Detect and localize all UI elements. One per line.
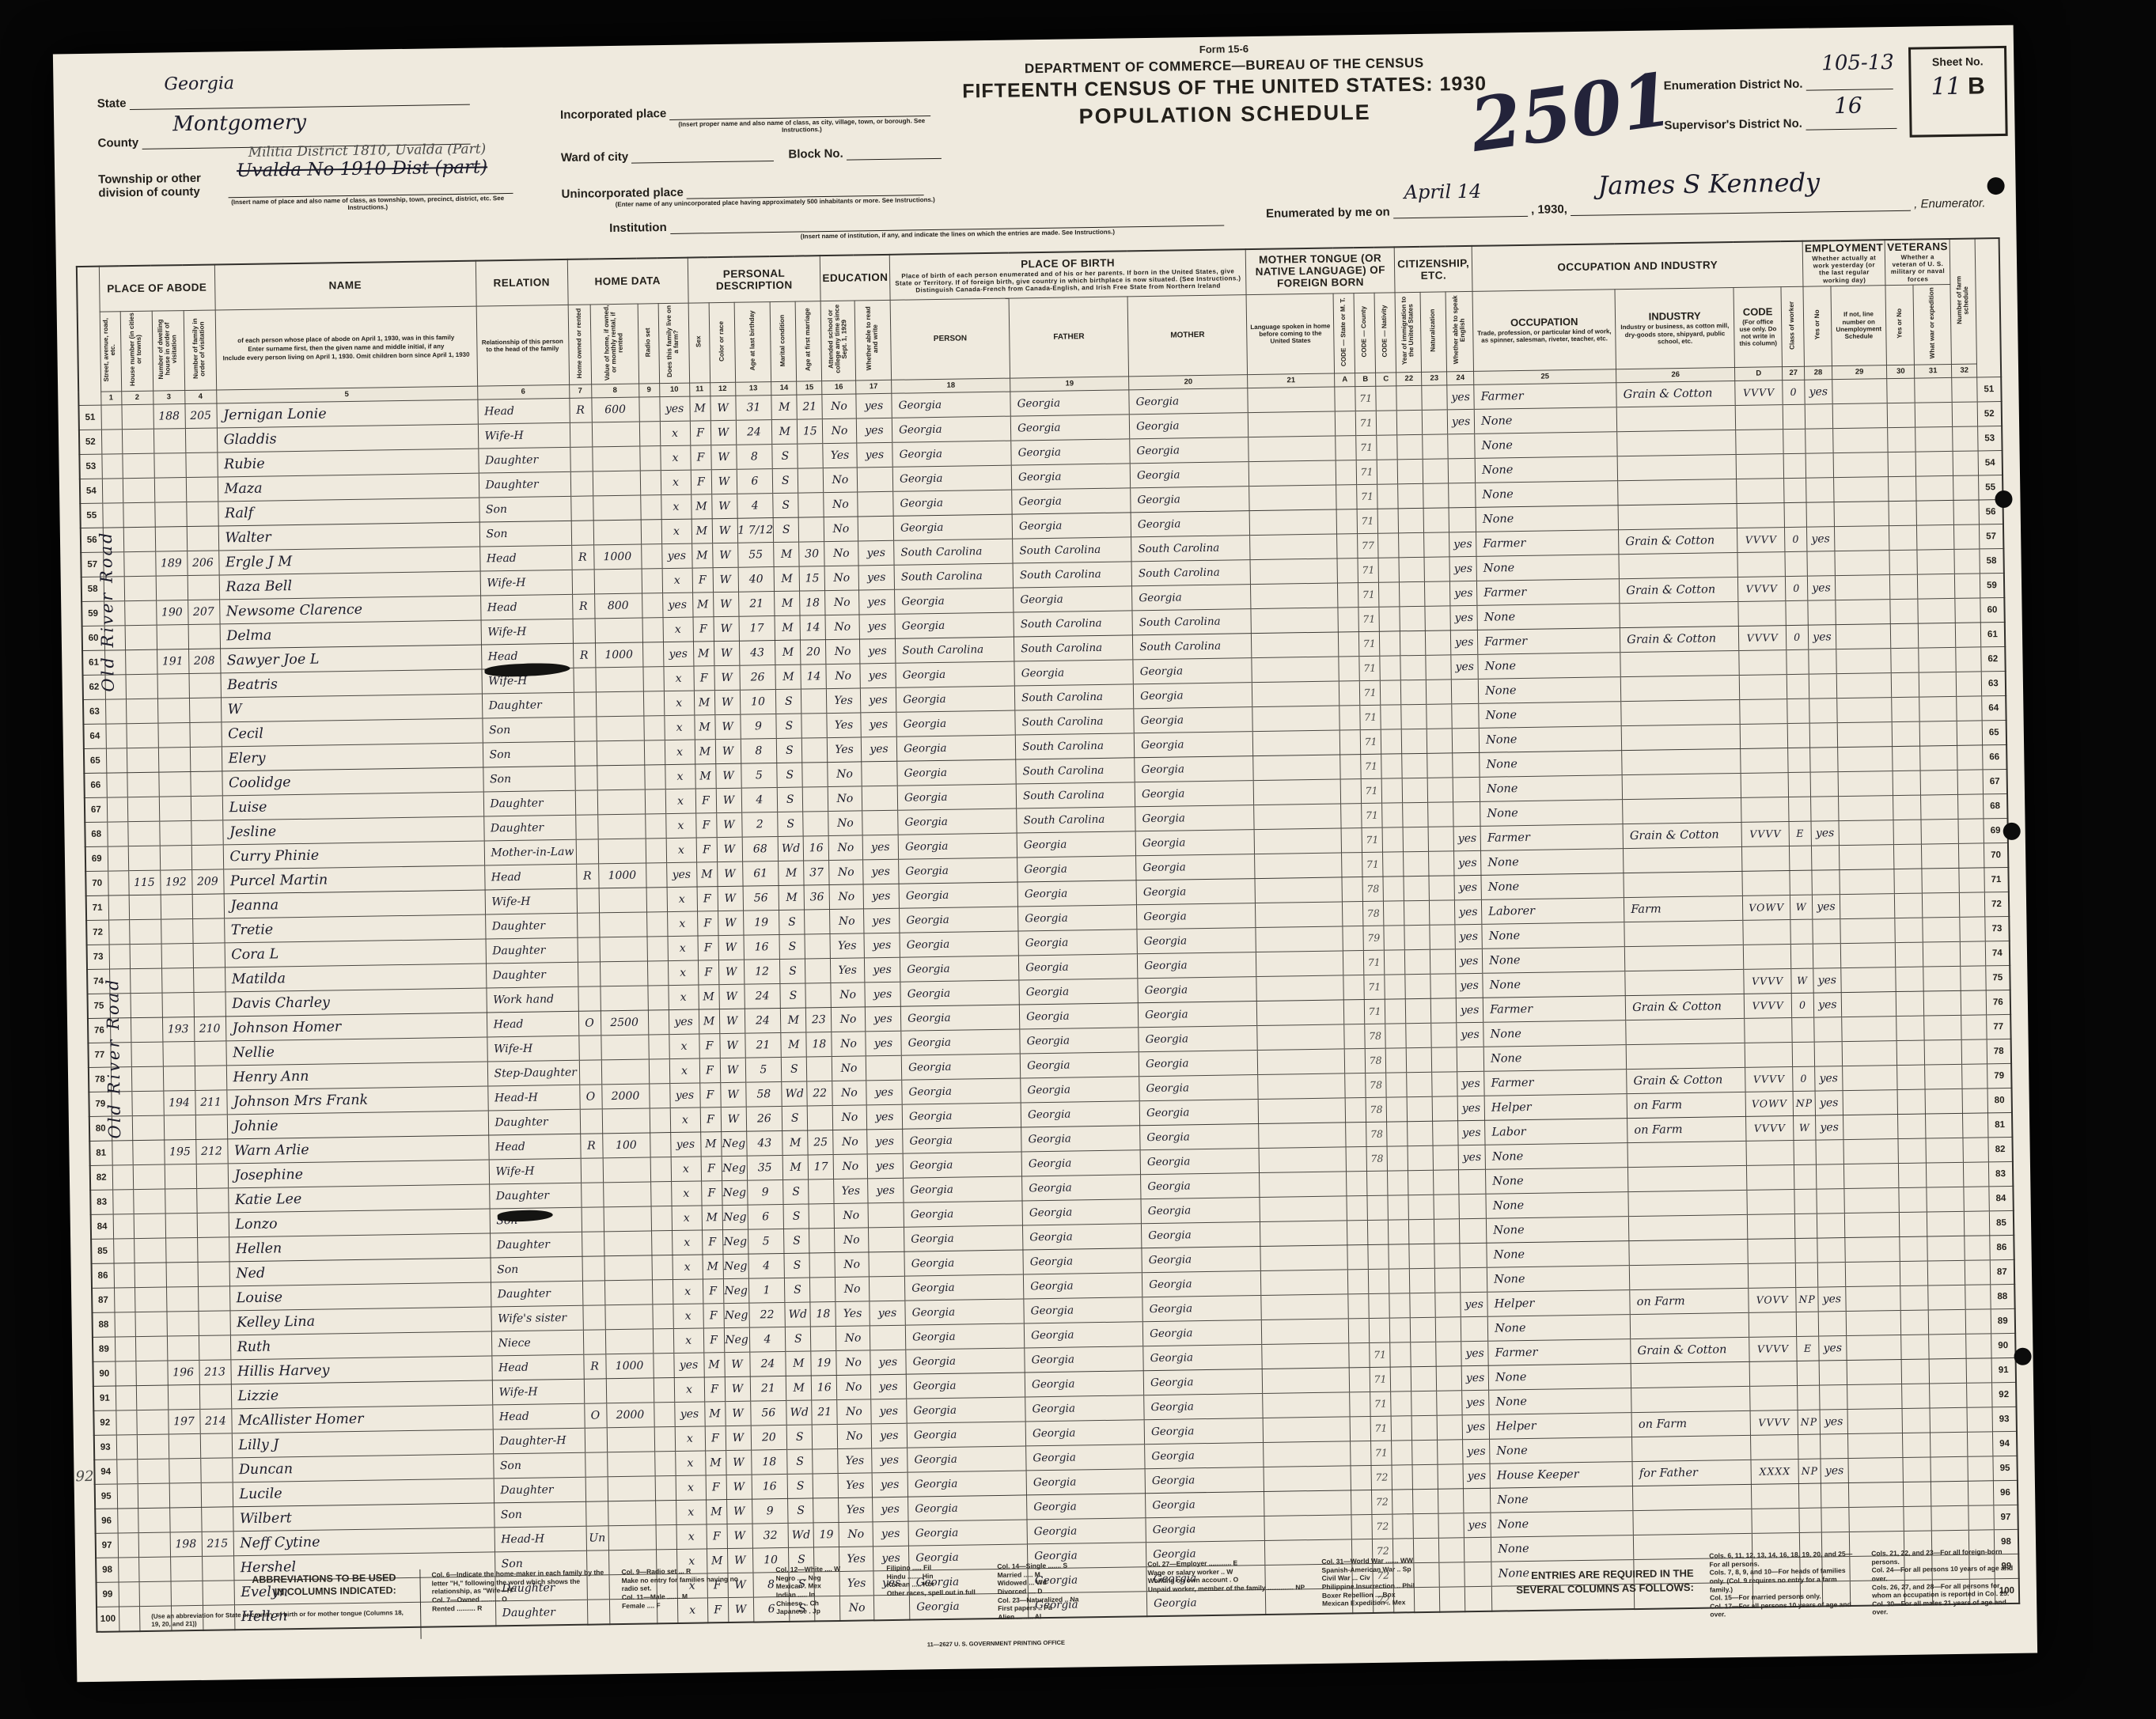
cell-war [1922,843,1960,869]
cell-cc [1389,1219,1409,1244]
cell-nat [1423,508,1449,532]
cell-sc: No [836,1350,870,1376]
cell-ind [1624,871,1742,897]
cell-fm: x [667,936,697,961]
cell-a: 31 [735,395,771,420]
cell-p3: Georgia [1135,755,1253,782]
cell-rw: yes [866,1129,903,1154]
cell-f [195,1115,227,1140]
cell-war [1915,377,1953,403]
cell-ce: yes [1456,973,1483,998]
cell-p1: Georgia [901,1054,1020,1080]
cell-r: Daughter [486,937,578,964]
cell-cw [1783,453,1806,478]
cell-ue [1840,869,1895,894]
cell-rw: yes [870,1374,907,1399]
cell-cb: 71 [1364,999,1385,1024]
cell-lang [1257,1049,1344,1075]
cell-p1: Georgia [898,833,1017,859]
cell-imm [1411,1391,1437,1415]
cell-oc: Farmer [1483,995,1625,1022]
column-header: 7 [569,384,591,398]
cell-vt [1900,1285,1928,1311]
cell-p1: Georgia [899,858,1017,884]
cell-war [1928,1285,1966,1310]
cell-rw [868,1202,904,1228]
cell-cd: XXXX [1751,1459,1798,1484]
cell-p3: Georgia [1143,1344,1262,1370]
cell-sx: F [699,1082,720,1107]
cell-fm: yes [659,396,689,422]
cell-p2: South Carolina [1017,807,1135,833]
cell-ca [1345,1097,1366,1122]
cell-sc: No [828,786,862,812]
cell-p2: South Carolina [1014,611,1132,637]
cell-fs [1968,1456,1993,1481]
cell-war [1917,574,1955,599]
cell-n: Johnson Mrs Frank [226,1086,487,1115]
cell-n: Coolidge [222,767,483,796]
cell-ue [1835,574,1890,600]
cell-fm: x [668,985,698,1010]
cell-wk [1809,722,1837,748]
cell-rad [651,1230,672,1255]
cell-a: 24 [745,1008,781,1033]
cell-p1: Georgia [899,882,1017,908]
cell-fm: x [676,1500,706,1525]
cell-nat [1433,1121,1458,1145]
cell-a: 26 [739,665,775,690]
cell-sx: M [703,1352,724,1376]
cell-ca [1337,558,1358,582]
line-number: 97 [1994,1505,2018,1529]
cell-c: Neg [722,1254,748,1278]
cell-c: W [718,984,744,1009]
column-header: 15 [797,381,822,394]
cell-lang [1252,730,1339,756]
cell-ue [1838,795,1893,820]
cell-sx: F [695,788,716,812]
cell-vt [1887,378,1915,403]
cell-p3: South Carolina [1132,608,1251,634]
cell-cw [1786,600,1808,625]
cell-cc [1386,1073,1407,1097]
column-header: 23 [1422,372,1447,385]
cell-ind: on Farm [1630,1288,1749,1314]
cell-d [165,1237,197,1263]
cell-r: Head [487,1011,578,1037]
cell-lang [1252,657,1339,683]
cell-sx: F [690,445,710,469]
cell-m: S [785,1278,810,1302]
cell-m: S [773,517,798,542]
cell-lang [1263,1392,1350,1418]
cell-imm [1408,1145,1433,1170]
cell-r: Head [480,594,572,620]
cell-f [195,1066,226,1091]
cell-oc: None [1486,1191,1628,1218]
cell-ce [1452,703,1479,729]
cell-o [571,521,593,545]
cell-f [197,1213,229,1238]
cell-nat [1427,729,1452,753]
cell-wk [1817,1164,1844,1189]
cell-h [129,895,161,920]
cell-rw [861,761,897,786]
column-header: OCCUPATIONTrade, profession, or particul… [1472,289,1616,371]
column-header: PERSONAL DESCRIPTION [688,256,821,303]
cell-cb [1368,1244,1389,1269]
enumeration-district-label: Enumeration District No. [1664,78,1803,93]
cell-m: M [775,665,801,689]
cell-vt [1890,574,1918,600]
cell-am [810,1277,835,1301]
cell-am: 17 [808,1154,833,1179]
cell-fm: yes [674,1402,704,1427]
cell-cb: 71 [1362,803,1382,827]
cell-o [575,815,597,839]
cell-f: 207 [188,600,219,625]
cell-nat [1425,606,1450,630]
line-number: 58 [1980,548,2003,573]
cell-f [197,1237,229,1263]
cell-war [1925,1064,1963,1089]
unincorporated-label: Unincorporated place [561,186,683,201]
cell-o [585,1428,607,1452]
cell-fm: x [665,764,695,789]
line-number: 78 [1987,1039,2010,1063]
cell-vt [1898,1114,1926,1139]
cell-ind: Grain & Cotton [1631,1337,1749,1363]
cell-a: 56 [743,885,779,911]
cell-vt [1904,1482,1931,1507]
cell-ca [1343,975,1364,999]
cell-fs [1963,1113,1988,1138]
column-header: Whether able to read and write [854,300,892,381]
cell-sc: No [828,762,862,787]
cell-n: Purcel Martin [223,865,484,894]
cell-ca [1351,1465,1371,1490]
cell-oc: None [1487,1265,1629,1292]
cell-p3: Georgia [1141,1172,1260,1198]
column-header: Attended school or college any time sinc… [820,301,855,381]
cell-cw [1796,1312,1818,1336]
cell-oc: None [1486,1167,1628,1194]
cell-imm [1402,778,1427,802]
cell-a: 32 [752,1523,789,1548]
cell-war [1927,1236,1965,1261]
cell-cd [1749,1312,1796,1337]
cell-lang [1252,706,1339,732]
cell-war [1922,892,1960,918]
cell-oc: None [1475,431,1617,458]
cell-cc [1389,1244,1409,1268]
cell-rw: yes [856,418,892,443]
enumerated-date: April 14 [1404,180,1481,203]
line-number: 52 [1977,401,2001,426]
cell-fs [1963,1138,1988,1162]
cell-cd [1735,404,1783,430]
line-number: 54 [1978,450,2002,475]
cell-o [570,471,593,496]
cell-a: 43 [746,1130,782,1156]
cell-am: 16 [812,1375,837,1399]
cell-cc [1383,877,1404,901]
cell-cb: 78 [1362,877,1383,901]
cell-f [190,771,222,797]
cell-war [1917,524,1955,550]
cell-cw [1783,404,1805,429]
cell-rw: yes [856,393,892,418]
cell-ue [1839,844,1894,869]
cell-sx: M [692,518,712,543]
cell-sx: M [700,1131,721,1156]
column-header: Number of farm schedule [1949,238,1976,364]
cell-ce: yes [1456,998,1483,1023]
cell-f [189,698,221,723]
cell-sx: F [700,1107,721,1131]
cell-ce [1460,1267,1487,1293]
cell-f [189,722,221,748]
scan-background: Form 15-6 DEPARTMENT OF COMMERCE—BUREAU … [0,0,2156,1719]
institution-label: Institution [609,221,667,235]
enumeration-district-value: 105-13 [1821,51,1894,75]
cell-h [131,1066,163,1092]
cell-v [603,1157,650,1183]
cell-o [577,888,599,913]
cell-n: Josephine [228,1160,489,1188]
column-header: Radio set [638,303,659,383]
cell-n: Curry Phinie [223,841,484,869]
cell-a: 55 [737,542,774,567]
cell-rw [857,491,893,517]
cell-cb: 71 [1360,729,1381,754]
cell-rw [858,516,894,541]
cell-war [1929,1358,1967,1384]
cell-m: M [775,640,801,665]
cell-fm: x [664,715,694,740]
cell-d [160,845,191,870]
cell-wk [1806,477,1834,502]
cell-rad [653,1328,673,1353]
cell-oc: None [1482,946,1624,973]
cell-am: 15 [799,566,824,590]
cell-n: Rubie [217,449,478,477]
cell-sx: F [696,837,717,861]
cell-ce [1451,679,1478,704]
cell-ue [1839,820,1894,845]
column-header: 10 [659,383,689,397]
cell-imm [1408,1195,1434,1219]
cell-o: Un [586,1526,608,1551]
cell-h [134,1214,165,1239]
cell-am [809,1203,834,1228]
cell-o [580,1109,602,1134]
cell-r: Work hand [486,986,578,1013]
cell-p3: Georgia [1145,1442,1264,1468]
cell-ue [1843,1138,1899,1164]
cell-cc [1380,680,1400,705]
cell-a: 1 7/12 [737,517,774,543]
column-header: CODE — Nativity [1374,293,1396,373]
cell-c: Neg [723,1303,748,1327]
cell-p1: Georgia [895,612,1014,638]
cell-oc: None [1480,774,1622,801]
cell-h [135,1263,166,1288]
entries-required-title: ENTRIES ARE REQUIRED IN THE SEVERAL COLU… [1487,1566,1693,1597]
cell-oc: None [1480,750,1622,777]
cell-street [114,1287,135,1312]
cell-vt [1896,1016,1924,1041]
cell-m: Wd [785,1302,810,1327]
cell-cb: 71 [1361,754,1381,778]
cell-v [608,1501,655,1526]
line-number: 91 [93,1386,116,1410]
cell-p3: Georgia [1133,657,1252,683]
cell-d [157,673,189,699]
cell-p1: South Carolina [894,539,1013,565]
column-header: CITIZENSHIP, ETC. [1394,246,1472,293]
cell-m: M [772,419,798,444]
cell-cw [1792,1017,1814,1042]
cell-war [1931,1432,1968,1457]
cell-m: S [773,493,798,517]
cell-rw: yes [863,908,900,933]
cell-rad [654,1377,674,1402]
line-number: 51 [1977,377,2001,401]
cell-wk [1811,796,1839,821]
cell-wk: yes [1821,1458,1848,1483]
cell-cc [1379,582,1400,607]
cell-sc: No [833,1154,867,1179]
cell-o [570,496,593,521]
cell-a: 16 [743,934,779,960]
cell-f [198,1311,229,1336]
cell-d: 196 [167,1360,199,1385]
cell-c: W [715,739,741,763]
cell-cw: W [1790,895,1813,919]
cell-o [582,1207,604,1232]
cell-cc [1390,1342,1411,1366]
cell-oc: None [1481,873,1624,899]
cell-ca [1347,1171,1367,1195]
cell-r: Daughter [490,1232,582,1258]
cell-fs [1966,1358,1991,1383]
cell-r: Daughter [488,1109,580,1135]
cell-oc: Farmer [1474,382,1616,409]
cell-ind [1624,846,1742,873]
cell-ind [1623,797,1741,824]
cell-ind [1631,1361,1749,1388]
cell-cd: VVVV [1741,821,1789,846]
cell-am [798,468,824,492]
cell-vt [1893,795,1921,820]
cell-p3: Georgia [1140,1148,1259,1174]
cell-f [199,1335,230,1361]
cell-am: 14 [801,664,826,688]
cell-ca [1336,460,1356,484]
cell-d [168,1384,199,1410]
cell-p2: Georgia [1021,1126,1140,1152]
cell-sc: No [826,639,860,665]
cell-sx: F [699,1058,720,1082]
line-number: 96 [95,1509,117,1533]
cell-oc: House Keeper [1490,1461,1632,1488]
cell-fs [1953,451,1978,475]
cell-am [805,958,831,983]
cell-rad [656,1524,676,1549]
cell-fs [1961,990,1986,1015]
cell-lang [1249,460,1336,487]
line-number: 91 [1991,1357,2015,1382]
cell-rw: yes [871,1423,907,1448]
cell-imm [1407,1096,1432,1121]
cell-oc: None [1487,1240,1629,1267]
cell-cw [1797,1361,1819,1385]
cell-sx: F [705,1426,726,1450]
column-header: Home owned or rented [568,305,591,384]
cell-p3: Georgia [1138,976,1256,1002]
cell-m: S [782,1106,807,1130]
cell-cc [1385,1048,1406,1073]
line-number: 71 [1984,867,2008,892]
cell-n: Johnson Homer [225,1013,487,1041]
cell-sc: No [824,468,858,493]
cell-lang [1264,1466,1351,1492]
cell-p1: Georgia [908,1520,1027,1546]
cell-p3: Georgia [1136,878,1255,904]
cell-cc [1378,558,1399,582]
cell-fs [1957,770,1983,794]
cell-am: 37 [804,860,829,884]
cell-sx: F [693,616,714,641]
cell-c: W [719,1033,745,1058]
cell-cc [1382,803,1403,827]
cell-fs [1954,524,1980,549]
cell-d [169,1433,200,1459]
cell-cw [1785,551,1807,576]
cell-fs [1961,1039,1987,1064]
cell-ca [1347,1244,1368,1269]
cell-o [578,1036,601,1060]
cell-c: W [725,1401,750,1426]
cell-sx: M [695,739,715,763]
cell-o [578,986,600,1011]
cell-p1: Georgia [904,1250,1023,1276]
cell-imm [1407,1072,1432,1096]
cell-r: Son [483,766,574,792]
cell-nat [1432,1096,1457,1121]
line-number: 70 [1984,842,2008,867]
cell-wk [1806,452,1833,478]
cell-p2: Georgia [1022,1199,1141,1225]
cell-ue [1844,1212,1900,1237]
cell-nat [1434,1244,1460,1268]
cell-r: Son [479,521,571,547]
cell-imm [1405,974,1430,998]
cell-p3: Georgia [1136,854,1255,880]
cell-fs [1957,721,1982,745]
cell-ce: yes [1457,1071,1484,1096]
cell-rw [868,1227,904,1252]
cell-p3: Georgia [1140,1123,1259,1149]
cell-wk [1819,1360,1847,1385]
cell-nat [1438,1440,1463,1464]
cell-o [585,1501,608,1526]
cell-p2: Georgia [1021,1077,1139,1103]
cell-h [135,1336,167,1361]
cell-fm: yes [670,1132,700,1157]
